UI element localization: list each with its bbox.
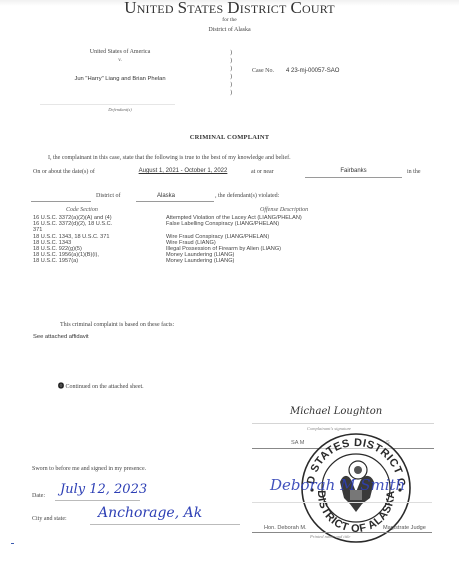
- sworn-statement: Sworn to before me and signed in my pres…: [32, 466, 146, 472]
- facts-intro: This criminal complaint is based on thes…: [60, 322, 174, 328]
- district-underline: [136, 201, 214, 202]
- code-section-list: 16 U.S.C. 3372(a)(2)(A) and (4) 16 U.S.C…: [33, 215, 112, 265]
- judge-printed-name: Hon. Deborah M.: [264, 525, 307, 531]
- case-no-label: Case No.: [252, 68, 274, 74]
- continued-label: Continued on the attached sheet.: [66, 384, 144, 390]
- judge-signature: Deborah M Smith: [270, 476, 405, 494]
- in-the: in the: [407, 169, 421, 175]
- versus: v.: [40, 58, 200, 63]
- table-row: 18 U.S.C. 1957(a): [33, 258, 112, 264]
- city-handwritten: Anchorage, Ak: [98, 505, 202, 521]
- at-or-near: at or near: [251, 169, 274, 175]
- defendants-label: Defendant(s): [40, 107, 200, 112]
- district-value: Alaska: [136, 193, 196, 199]
- continued-row: ⓿ Continued on the attached sheet.: [58, 381, 144, 390]
- judge-printed-label: Printed name and title: [310, 534, 350, 539]
- date-label: Date:: [32, 493, 45, 499]
- date-handwritten: July 12, 2023: [60, 482, 147, 497]
- margin-mark: [11, 543, 14, 544]
- checkbox-icon[interactable]: ⓿: [58, 384, 64, 390]
- case-no-value: 4 23-mj-00057-SAO: [286, 68, 339, 74]
- division-underline: [31, 201, 91, 202]
- complainant-signature: Michael Loughton: [290, 406, 382, 417]
- caption-parens: ) ) ) ) ) ): [230, 49, 232, 97]
- code-section-header: Code Section: [66, 207, 98, 213]
- date-prefix: On or about the date(s) of: [33, 169, 95, 175]
- date-range-value: August 1, 2021 - October 1, 2022: [126, 168, 240, 174]
- defendants-underline: [40, 104, 175, 105]
- violated-text: , the defendant(s) violated:: [215, 193, 279, 199]
- judge-printed-title: Magistrate Judge: [383, 525, 426, 531]
- offense-description-header: Offense Description: [260, 207, 308, 213]
- offense-description-list: Attempted Violation of the Lacey Act (LI…: [166, 215, 302, 265]
- date-line: [55, 500, 140, 501]
- table-row: 16 U.S.C. 3372(d)(2), 18 U.S.C.: [33, 221, 112, 227]
- judge-signature-line: [252, 502, 432, 503]
- table-row: 18 U.S.C. 1343, 18 U.S.C. 371: [33, 234, 112, 240]
- city-line: [90, 524, 240, 525]
- complaint-intro: I, the complainant in this case, state t…: [48, 155, 291, 161]
- location-underline: [305, 177, 402, 178]
- complainant-signature-line: [252, 423, 434, 424]
- defendants: Jun "Harry" Liang and Brian Phelan: [40, 76, 200, 82]
- facts-value: See attached affidavit: [33, 334, 89, 340]
- complainant-signature-label: Complainant's signature: [307, 426, 351, 431]
- district-name: District of Alaska: [0, 27, 459, 33]
- location-value: Fairbanks: [305, 168, 402, 174]
- district-of-label: District of: [96, 193, 121, 199]
- court-title: United States District Court: [0, 0, 459, 18]
- plaintiff: United States of America: [40, 49, 200, 55]
- judge-printed-line: [252, 532, 432, 533]
- table-row: Money Laundering (LIANG): [166, 258, 302, 264]
- for-the: for the: [0, 17, 459, 23]
- complaint-title: CRIMINAL COMPLAINT: [0, 134, 459, 141]
- city-label: City and state:: [32, 516, 67, 522]
